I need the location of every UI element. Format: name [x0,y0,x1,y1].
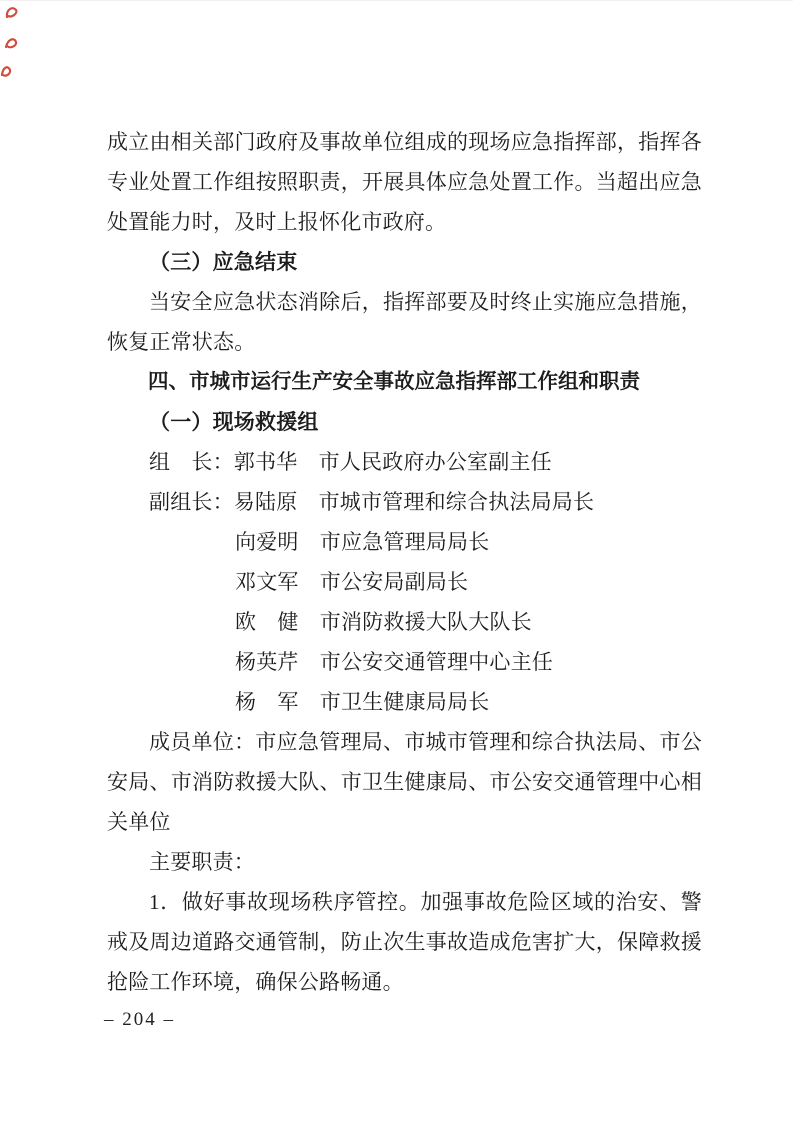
document-body: 成立由相关部门政府及事故单位组成的现场应急指挥部，指挥各专业处置工作组按照职责，… [107,122,702,1002]
red-ink-mark [2,8,16,75]
roster-line-member: 欧 健 市消防救援大队大队长 [107,602,702,642]
paragraph-emergency-end-body: 当安全应急状态消除后，指挥部要及时终止实施应急措施，恢复正常状态。 [107,282,702,362]
roster-line-deputy-leader: 副组长：易陆原 市城市管理和综合执法局局长 [107,482,702,522]
chapter-heading-workgroups-duties: 四、市城市运行生产安全事故应急指挥部工作组和职责 [107,362,702,402]
roster-line-member: 邓文军 市公安局副局长 [107,562,702,602]
paragraph-member-units: 成员单位：市应急管理局、市城市管理和综合执法局、市公安局、市消防救援大队、市卫生… [107,722,702,842]
document-page: { "page": { "background": "#ffffff", "ed… [0,0,793,1123]
roster-line-member: 杨英芹 市公安交通管理中心主任 [107,642,702,682]
roster-line-member: 杨 军 市卫生健康局局长 [107,682,702,722]
page-background: 成立由相关部门政府及事故单位组成的现场应急指挥部，指挥各专业处置工作组按照职责，… [0,1,793,1123]
paragraph-main-duties-label: 主要职责： [107,842,702,882]
section-heading-onsite-rescue-group: （一）现场救援组 [107,402,702,442]
page-number: – 204 – [104,1007,175,1033]
roster-line-member: 向爱明 市应急管理局局长 [107,522,702,562]
roster-line-leader: 组 长：郭书华 市人民政府办公室副主任 [107,442,702,482]
red-ink-marks [0,3,26,87]
paragraph-duty-item-1: 1．做好事故现场秩序管控。加强事故危险区域的治安、警戒及周边道路交通管制，防止次… [107,882,702,1002]
section-heading-emergency-end: （三）应急结束 [107,242,702,282]
paragraph-continued-from-previous-page: 成立由相关部门政府及事故单位组成的现场应急指挥部，指挥各专业处置工作组按照职责，… [107,122,702,242]
